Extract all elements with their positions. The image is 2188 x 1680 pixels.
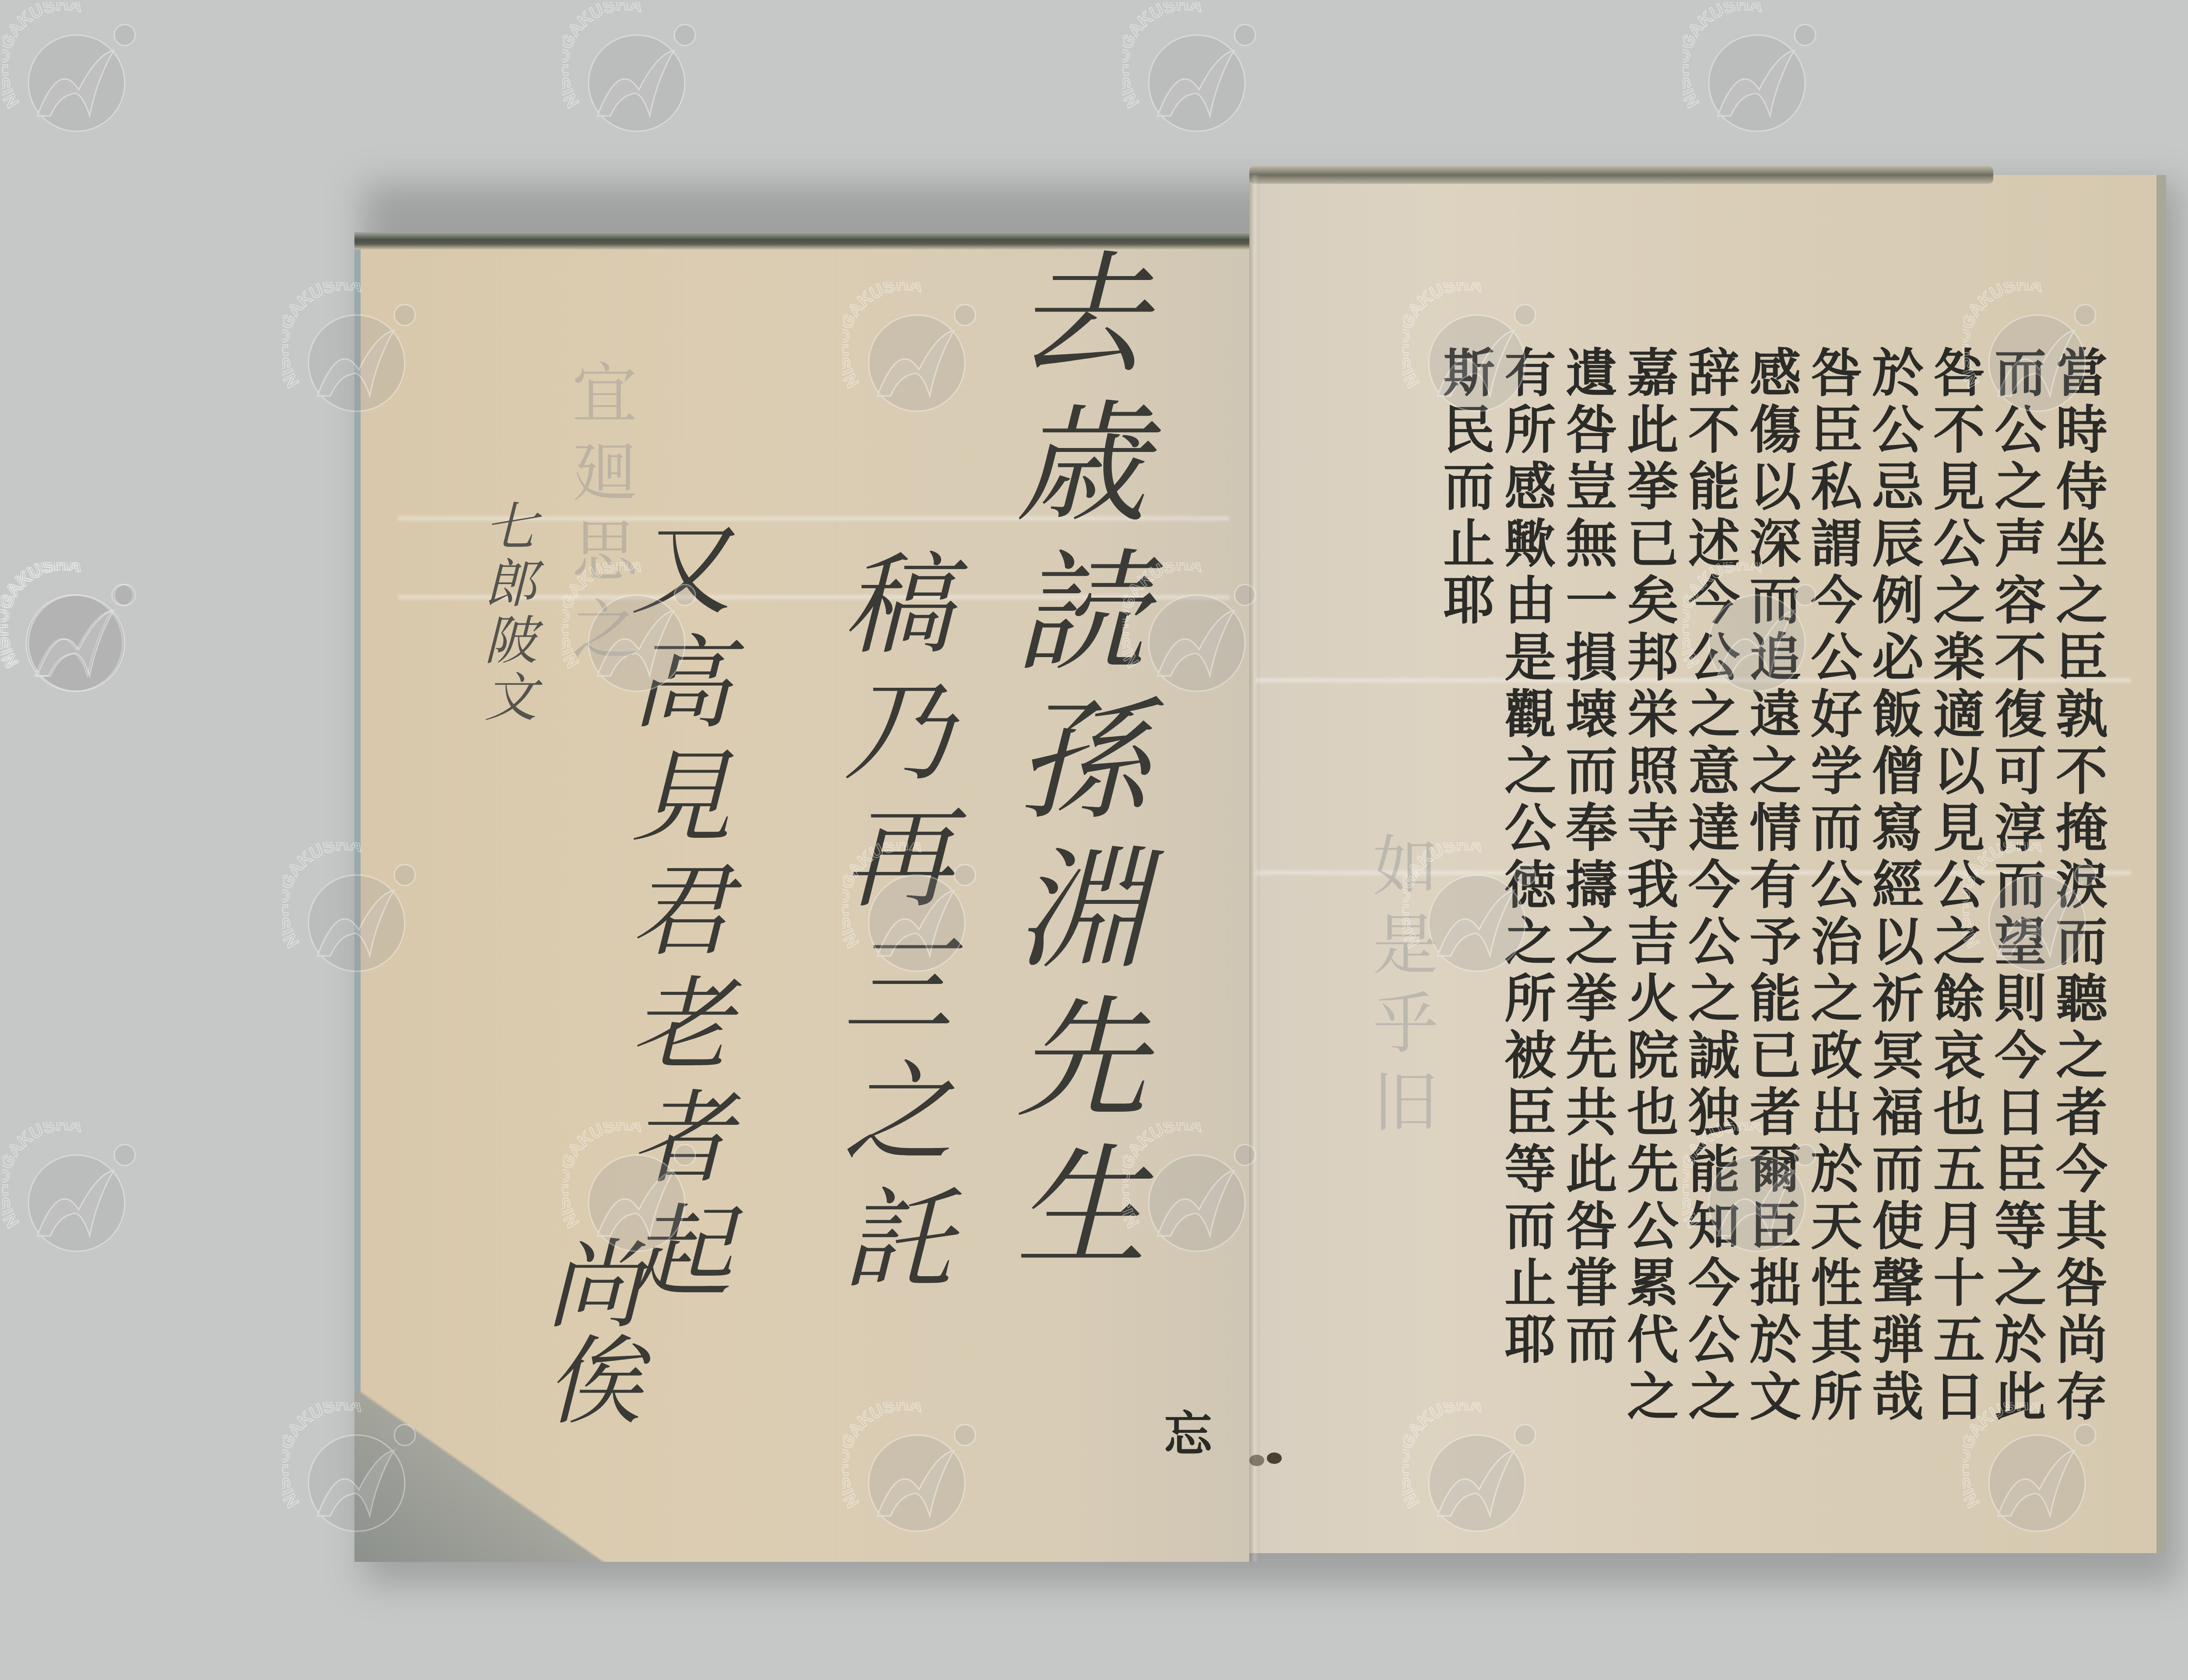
watermark-logo: NISHOGAKUSHA	[562, 562, 707, 707]
watermark-logo: NISHOGAKUSHA	[842, 1402, 987, 1547]
watermark-logo: NISHOGAKUSHA	[282, 842, 427, 987]
watermark-logo: NISHOGAKUSHA	[2, 1122, 147, 1267]
open-book: 宜廻思之 如是乎旧 七郎陂文 去歳読孫淵先生 稿乃再三之託 又高見君老者起 尚俟…	[354, 175, 2166, 1562]
text-column: 辞不能述今公之意達今公之誠独能知今公之	[1682, 346, 1737, 1527]
watermark-logo: NISHOGAKUSHA	[2, 562, 147, 707]
text-column: 咎臣私謂今公好学而公治之政出於天性其所	[1805, 346, 1860, 1527]
watermark-logo: NISHOGAKUSHA	[1683, 1122, 1827, 1267]
text-column: 遺咎豈無一損壊而奉擣之挙先共此咎甞而	[1560, 346, 1615, 1527]
watermark-logo: NISHOGAKUSHA	[1122, 1122, 1267, 1267]
watermark-logo: NISHOGAKUSHA	[1122, 562, 1267, 707]
watermark-logo: NISHOGAKUSHA	[1122, 2, 1267, 147]
text-column: 於公忌辰例必飯僧寫經以祈冥福而使聲弾哉	[1866, 346, 1921, 1527]
watermark-logo: NISHOGAKUSHA	[1403, 282, 1547, 427]
watermark-logo: NISHOGAKUSHA	[282, 1402, 427, 1547]
book-gutter	[1249, 175, 1260, 1562]
cursive-column-2: 稿乃再三之託	[810, 547, 967, 1466]
ink-spot	[1249, 1455, 1264, 1466]
watermark-logo: NISHOGAKUSHA	[1683, 2, 1827, 147]
watermark-logo: NISHOGAKUSHA	[282, 282, 427, 427]
binding-thread	[1249, 166, 1993, 184]
ink-spot	[1267, 1452, 1282, 1464]
cursive-column-4: 尚俟	[516, 1234, 655, 1496]
text-column: 嘉此挙已矣邦栄照寺我吉火院也先公累代之	[1621, 346, 1676, 1527]
watermark-logo: NISHOGAKUSHA	[1683, 562, 1827, 707]
watermark-logo: NISHOGAKUSHA	[562, 1122, 707, 1267]
watermark-logo: NISHOGAKUSHA	[1403, 1402, 1547, 1547]
watermark-logo: NISHOGAKUSHA	[1403, 842, 1547, 987]
watermark-logo: NISHOGAKUSHA	[842, 282, 987, 427]
watermark-logo: NISHOGAKUSHA	[1963, 1402, 2107, 1547]
text-column: 感傷以深而追遠之情有予能已者爾臣拙於文	[1743, 346, 1799, 1527]
margin-annotation: 七郎陂文	[468, 499, 543, 892]
watermark-logo: NISHOGAKUSHA	[1963, 282, 2107, 427]
watermark-logo: NISHOGAKUSHA	[2, 2, 147, 147]
gutter-mark: 忘	[1164, 1396, 1212, 1465]
watermark-logo: NISHOGAKUSHA	[1963, 842, 2107, 987]
watermark-logo: NISHOGAKUSHA	[842, 842, 987, 987]
watermark-logo: NISHOGAKUSHA	[562, 2, 707, 147]
